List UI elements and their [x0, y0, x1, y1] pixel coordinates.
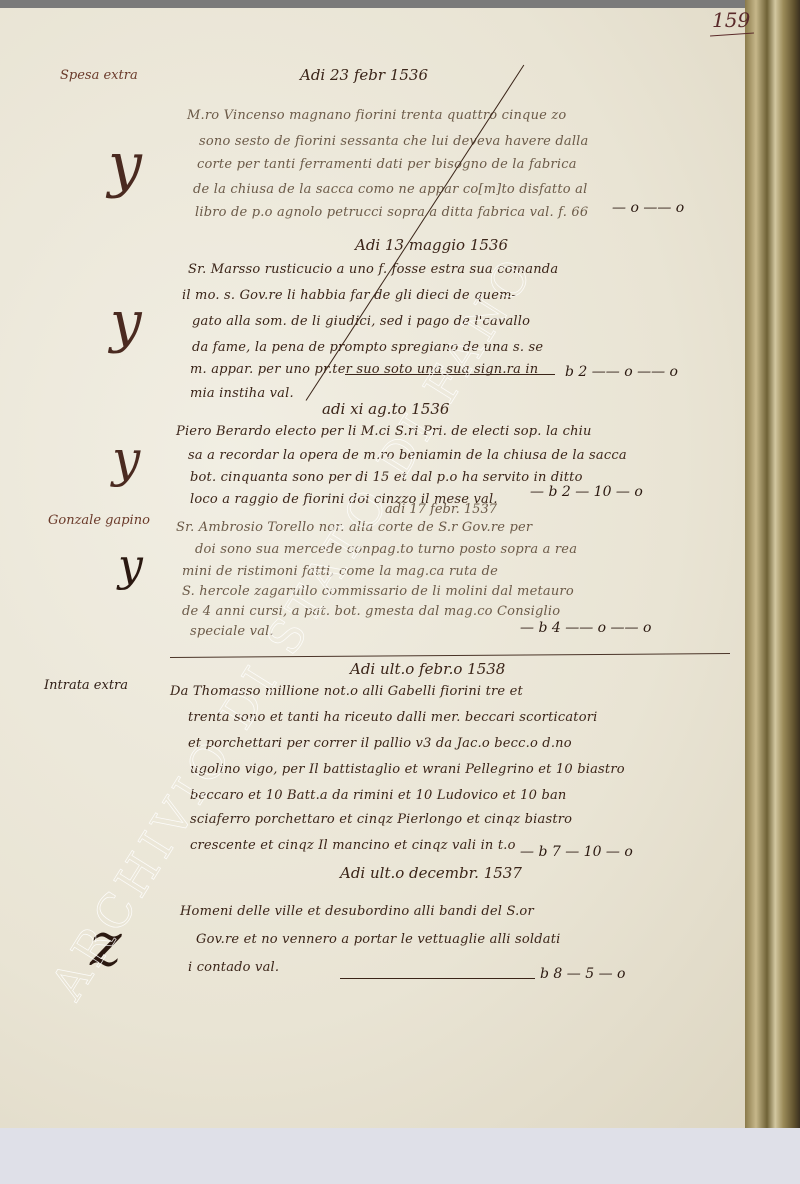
- entry-line: i contado val.: [188, 960, 279, 975]
- entry-date: adi 17 febr. 1537: [385, 502, 497, 517]
- entry-line: corte per tanti ferramenti dati per biso…: [197, 157, 577, 172]
- entry-line: Gov.re et no vennero a portar le vettuag…: [196, 932, 561, 947]
- entry-amount: — b 7 — 10 — o: [520, 844, 633, 860]
- entry-amount: — b 2 — 10 — o: [530, 484, 643, 500]
- entry-line: M.ro Vincenso magnano fiorini trenta qua…: [187, 108, 566, 123]
- entry-line: mia instiha val.: [190, 386, 294, 401]
- entry-line: doi sono sua mercede conpag.to turno pos…: [195, 542, 577, 557]
- entry-line: sciaferro porchettaro et cinqz Pierlongo…: [190, 812, 572, 827]
- entry-date: Adi ult.o febr.o 1538: [350, 660, 505, 678]
- entry-line: beccaro et 10 Batt.a da rimini et 10 Lud…: [190, 788, 567, 803]
- margin-note-spesa: Spesa extra: [60, 68, 138, 83]
- entry-line: de la chiusa de la sacca como ne appar c…: [193, 182, 587, 197]
- entry-line: S. hercole zagarullo commissario de li m…: [182, 584, 574, 599]
- entry-amount: b 8 — 5 — o: [540, 966, 625, 982]
- entry-line: de 4 anni cursi, a pat. bot. gmesta dal …: [182, 604, 560, 619]
- margin-check-mark: y: [118, 540, 143, 591]
- entry-line: crescente et cinqz Il mancino et cinqz v…: [190, 838, 516, 853]
- entry-line: libro de p.o agnolo petrucci sopra a dit…: [195, 205, 588, 220]
- entry-line: sono sesto de fiorini sessanta che lui d…: [199, 134, 588, 149]
- margin-check-mark: y: [110, 290, 142, 355]
- margin-note-intrata: Intrata extra: [44, 678, 128, 693]
- margin-check-mark: y: [112, 430, 140, 488]
- page-number: 159: [712, 8, 750, 32]
- book-spine-gutter: [745, 0, 800, 1140]
- entry-amount: b 2 —— o —— o: [565, 364, 678, 380]
- entry-date: Adi ult.o decembr. 1537: [340, 864, 522, 882]
- entry-date: Adi 13 maggio 1536: [355, 236, 508, 254]
- entry-line: Homeni delle ville et desubordino alli b…: [180, 904, 534, 919]
- margin-note-gonzale: Gonzale gapino: [48, 513, 150, 528]
- scanner-bed-background: [0, 1128, 800, 1184]
- entry-line: ugolino vigo, per Il battistaglio et wra…: [190, 762, 625, 777]
- amount-leader-line: [340, 978, 535, 979]
- margin-check-mark: y: [108, 130, 142, 200]
- entry-amount: — o —— o: [612, 200, 684, 216]
- entry-amount: — b 4 —— o —— o: [520, 620, 651, 636]
- entry-date: Adi 23 febr 1536: [300, 66, 428, 84]
